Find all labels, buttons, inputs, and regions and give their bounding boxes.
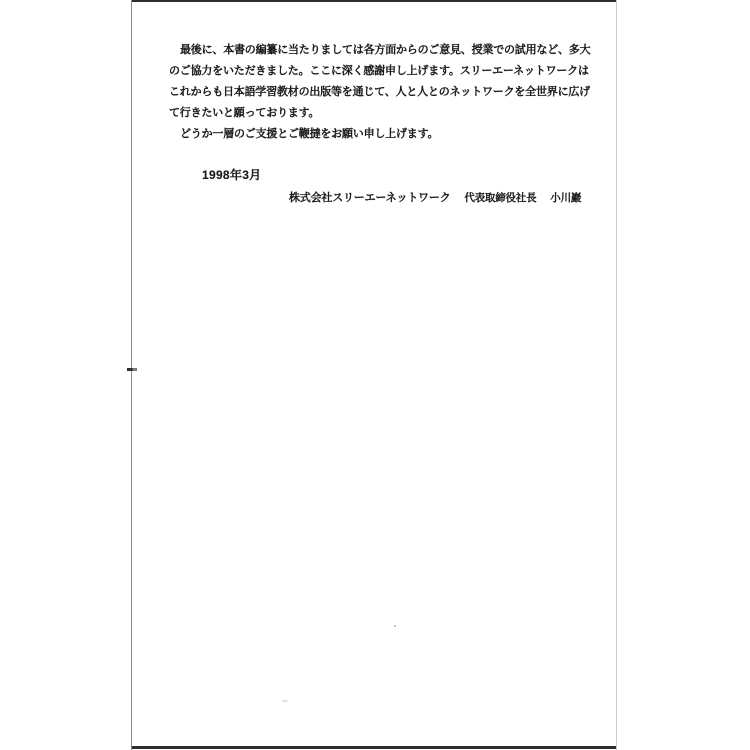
paragraph-line: 最後に、本書の編纂に当たりましては各方面からのご意見、授業での試用など、多大 <box>169 40 590 61</box>
afterword-paragraph: 最後に、本書の編纂に当たりましては各方面からのご意見、授業での試用など、多大 の… <box>169 40 590 145</box>
paragraph-line: これからも日本語学習教材の出版等を通じて、人と人とのネットワークを全世界に広げ <box>169 82 590 103</box>
paragraph-line: のご協力をいただきました。ここに深く感謝申し上げます。スリーエーネットワークは <box>169 61 590 82</box>
page-border-bottom <box>131 746 617 749</box>
scanned-page: 最後に、本書の編纂に当たりましては各方面からのご意見、授業での試用など、多大 の… <box>131 0 617 750</box>
signature-line: 株式会社スリーエーネットワーク 代表取締役社長 小川巖 <box>289 189 581 205</box>
scan-viewport: 最後に、本書の編纂に当たりましては各方面からのご意見、授業での試用など、多大 の… <box>0 0 750 750</box>
paragraph-line: どうか一層のご支援とご鞭撻をお願い申し上げます。 <box>169 124 590 145</box>
president-title: 代表取締役社長 <box>464 192 536 204</box>
page-border-left <box>131 0 132 750</box>
date-line: 1998年3月 <box>202 166 261 183</box>
scan-speck-smudge <box>282 700 288 702</box>
company-name: 株式会社スリーエーネットワーク <box>289 192 450 204</box>
page-border-right <box>616 0 617 750</box>
registration-tick-mark <box>127 368 137 371</box>
scan-speck-dot <box>394 625 396 627</box>
page-border-top <box>131 0 617 2</box>
paragraph-line: て行きたいと願っております。 <box>169 103 590 124</box>
president-name: 小川巖 <box>550 192 581 204</box>
